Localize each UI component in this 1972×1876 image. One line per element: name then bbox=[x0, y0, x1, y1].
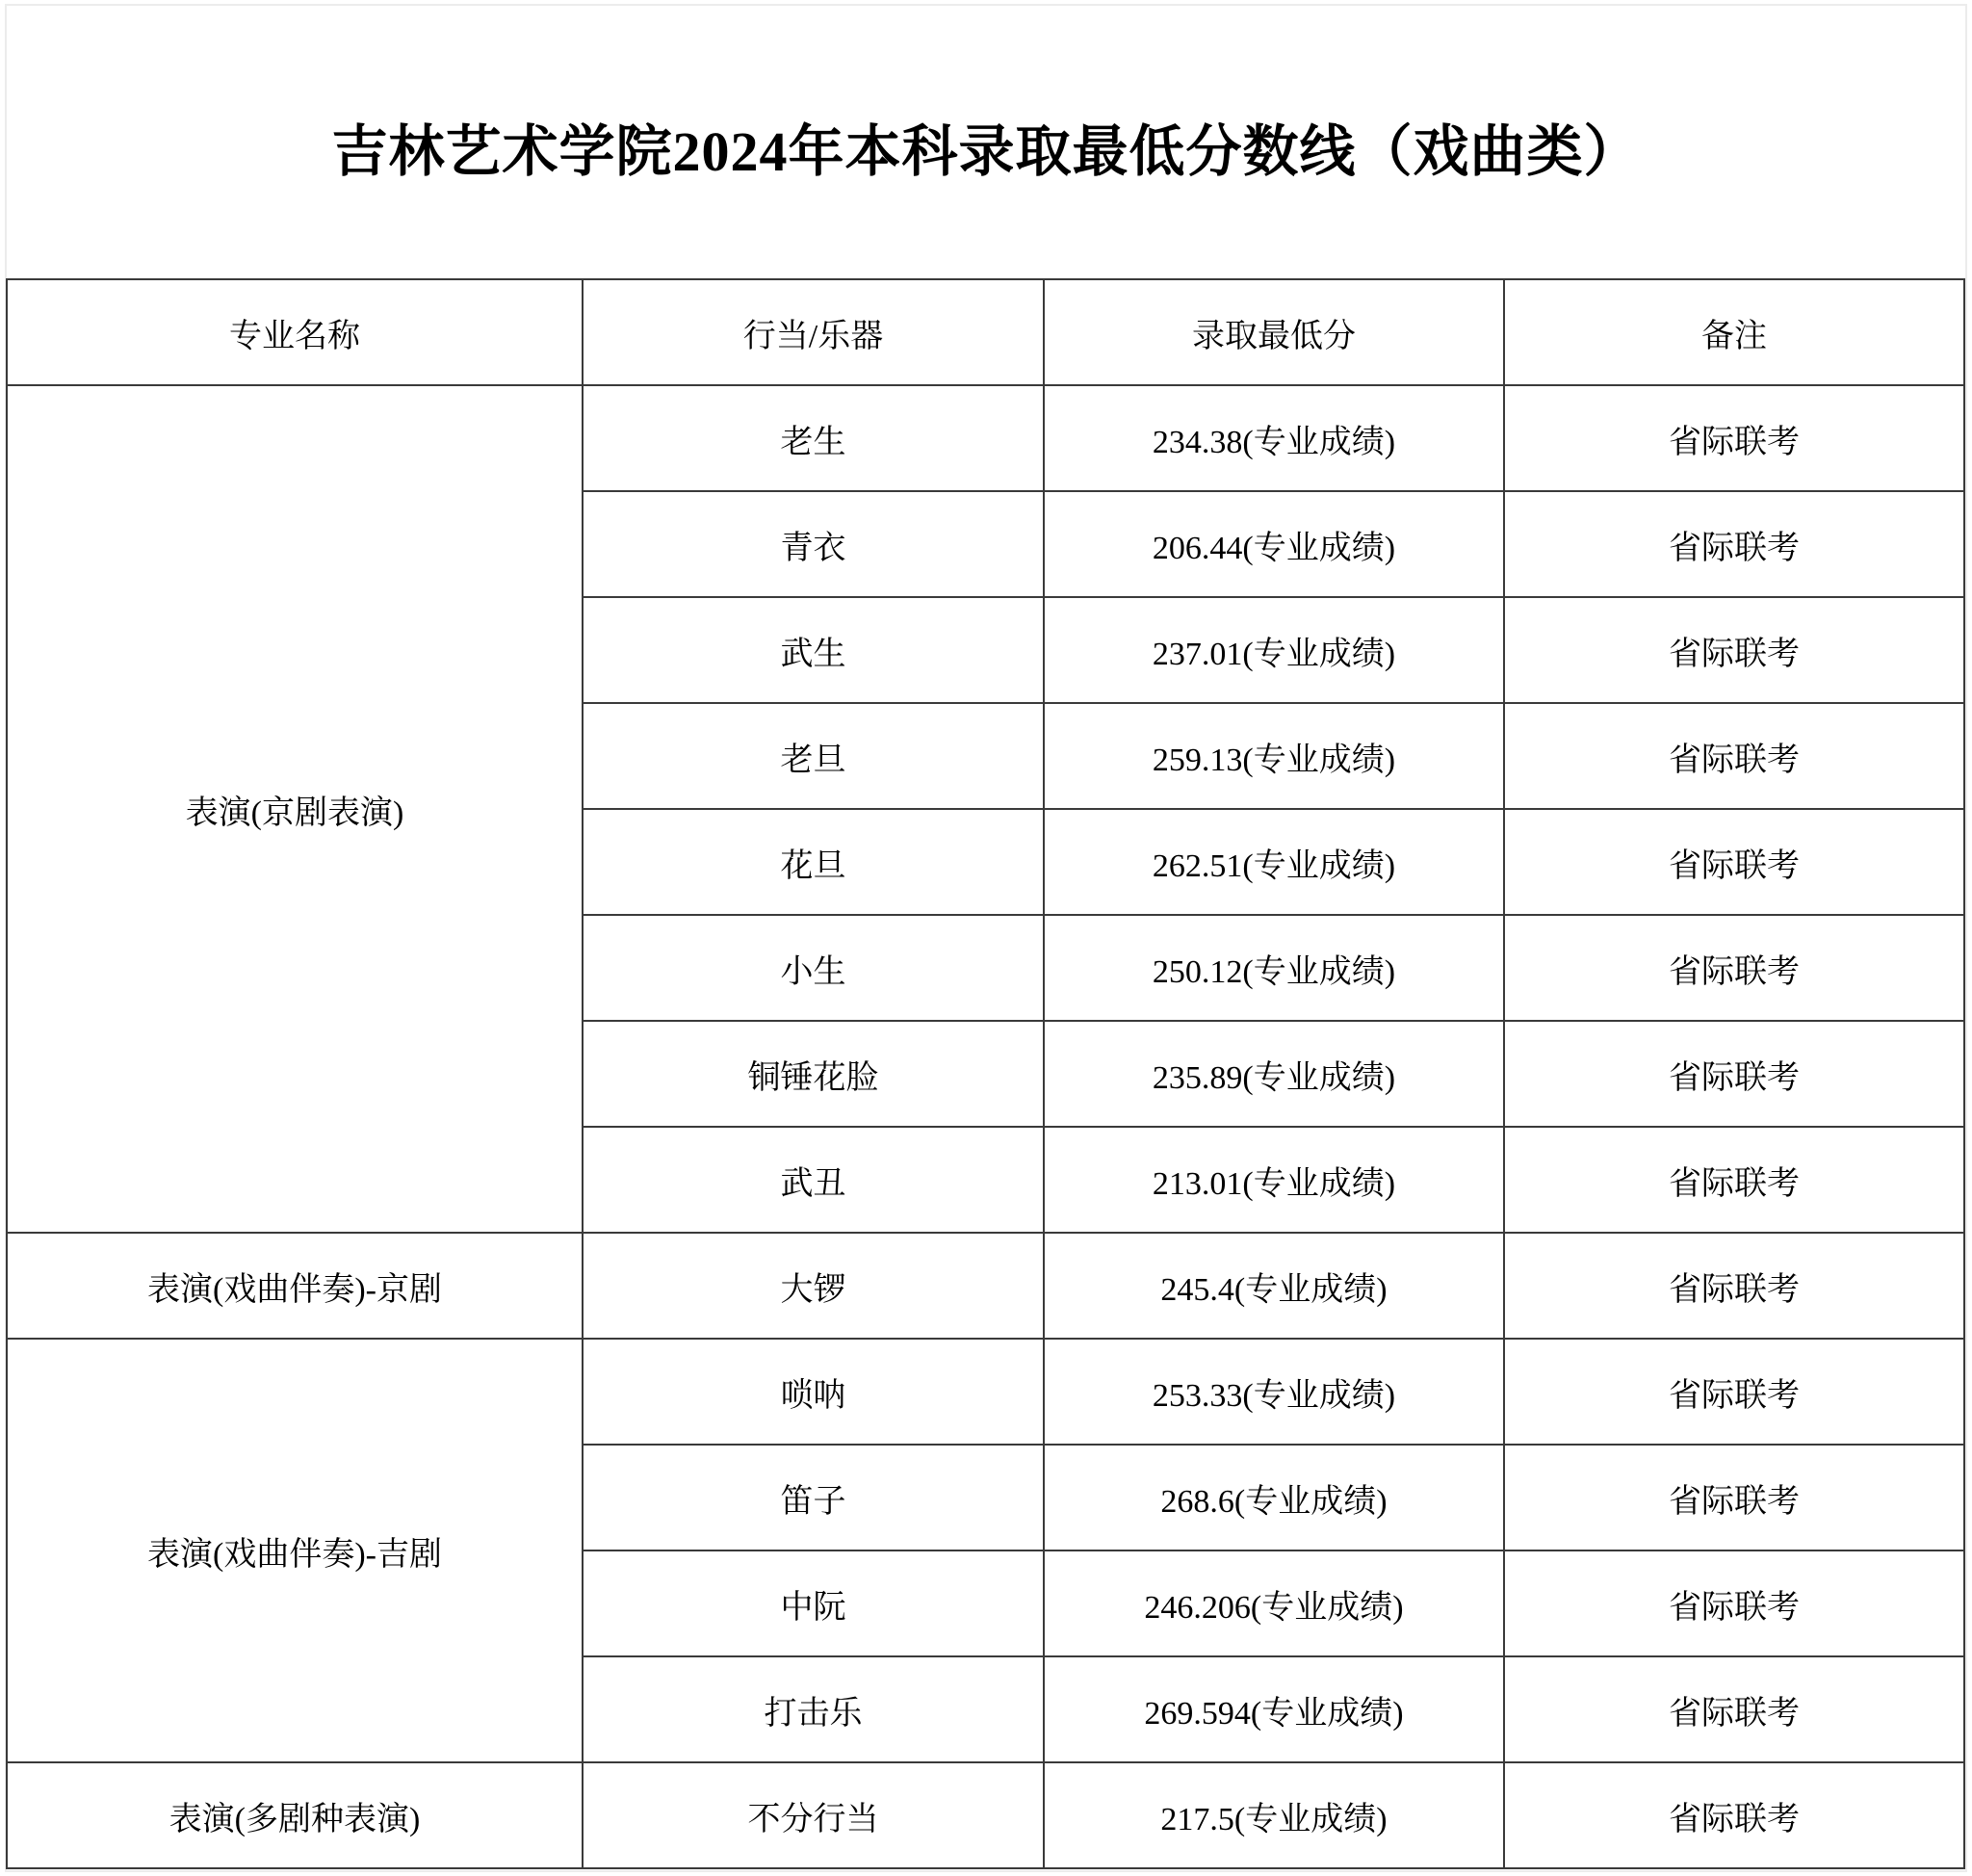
col-header-role: 行当/乐器 bbox=[583, 279, 1044, 385]
score-cell: 237.01(专业成绩) bbox=[1044, 597, 1504, 703]
score-cell: 250.12(专业成绩) bbox=[1044, 915, 1504, 1021]
note-cell: 省际联考 bbox=[1504, 1021, 1964, 1127]
note-cell: 省际联考 bbox=[1504, 703, 1964, 809]
major-cell: 表演(戏曲伴奏)-吉剧 bbox=[7, 1339, 583, 1762]
major-cell: 表演(戏曲伴奏)-京剧 bbox=[7, 1233, 583, 1339]
score-cell: 206.44(专业成绩) bbox=[1044, 491, 1504, 597]
table-row: 表演(戏曲伴奏)-吉剧唢呐253.33(专业成绩)省际联考 bbox=[7, 1339, 1964, 1445]
admission-score-table: 专业名称 行当/乐器 录取最低分 备注 表演(京剧表演)老生234.38(专业成… bbox=[6, 278, 1965, 1869]
score-cell: 268.6(专业成绩) bbox=[1044, 1445, 1504, 1550]
note-cell: 省际联考 bbox=[1504, 491, 1964, 597]
note-cell: 省际联考 bbox=[1504, 809, 1964, 915]
score-cell: 259.13(专业成绩) bbox=[1044, 703, 1504, 809]
role-cell: 不分行当 bbox=[583, 1762, 1044, 1868]
score-cell: 217.5(专业成绩) bbox=[1044, 1762, 1504, 1868]
role-cell: 老生 bbox=[583, 385, 1044, 491]
role-cell: 笛子 bbox=[583, 1445, 1044, 1550]
note-cell: 省际联考 bbox=[1504, 385, 1964, 491]
score-cell: 213.01(专业成绩) bbox=[1044, 1127, 1504, 1233]
note-cell: 省际联考 bbox=[1504, 1339, 1964, 1445]
note-cell: 省际联考 bbox=[1504, 1762, 1964, 1868]
major-cell: 表演(京剧表演) bbox=[7, 385, 583, 1233]
note-cell: 省际联考 bbox=[1504, 915, 1964, 1021]
role-cell: 中阮 bbox=[583, 1550, 1044, 1656]
col-header-major: 专业名称 bbox=[7, 279, 583, 385]
page-title: 吉林艺术学院2024年本科录取最低分数线（戏曲类） bbox=[0, 106, 1972, 187]
score-cell: 246.206(专业成绩) bbox=[1044, 1550, 1504, 1656]
score-cell: 262.51(专业成绩) bbox=[1044, 809, 1504, 915]
header-row: 专业名称 行当/乐器 录取最低分 备注 bbox=[7, 279, 1964, 385]
role-cell: 大锣 bbox=[583, 1233, 1044, 1339]
role-cell: 铜锤花脸 bbox=[583, 1021, 1044, 1127]
note-cell: 省际联考 bbox=[1504, 1127, 1964, 1233]
role-cell: 花旦 bbox=[583, 809, 1044, 915]
note-cell: 省际联考 bbox=[1504, 597, 1964, 703]
table-body: 表演(京剧表演)老生234.38(专业成绩)省际联考青衣206.44(专业成绩)… bbox=[7, 385, 1964, 1868]
role-cell: 打击乐 bbox=[583, 1656, 1044, 1762]
note-cell: 省际联考 bbox=[1504, 1445, 1964, 1550]
role-cell: 武丑 bbox=[583, 1127, 1044, 1233]
role-cell: 小生 bbox=[583, 915, 1044, 1021]
note-cell: 省际联考 bbox=[1504, 1656, 1964, 1762]
table-row: 表演(戏曲伴奏)-京剧大锣245.4(专业成绩)省际联考 bbox=[7, 1233, 1964, 1339]
table-row: 表演(京剧表演)老生234.38(专业成绩)省际联考 bbox=[7, 385, 1964, 491]
score-cell: 253.33(专业成绩) bbox=[1044, 1339, 1504, 1445]
role-cell: 老旦 bbox=[583, 703, 1044, 809]
role-cell: 青衣 bbox=[583, 491, 1044, 597]
role-cell: 唢呐 bbox=[583, 1339, 1044, 1445]
table-row: 表演(多剧种表演)不分行当217.5(专业成绩)省际联考 bbox=[7, 1762, 1964, 1868]
major-cell: 表演(多剧种表演) bbox=[7, 1762, 583, 1868]
score-cell: 235.89(专业成绩) bbox=[1044, 1021, 1504, 1127]
note-cell: 省际联考 bbox=[1504, 1233, 1964, 1339]
role-cell: 武生 bbox=[583, 597, 1044, 703]
score-cell: 234.38(专业成绩) bbox=[1044, 385, 1504, 491]
note-cell: 省际联考 bbox=[1504, 1550, 1964, 1656]
col-header-score: 录取最低分 bbox=[1044, 279, 1504, 385]
score-cell: 269.594(专业成绩) bbox=[1044, 1656, 1504, 1762]
col-header-note: 备注 bbox=[1504, 279, 1964, 385]
score-cell: 245.4(专业成绩) bbox=[1044, 1233, 1504, 1339]
